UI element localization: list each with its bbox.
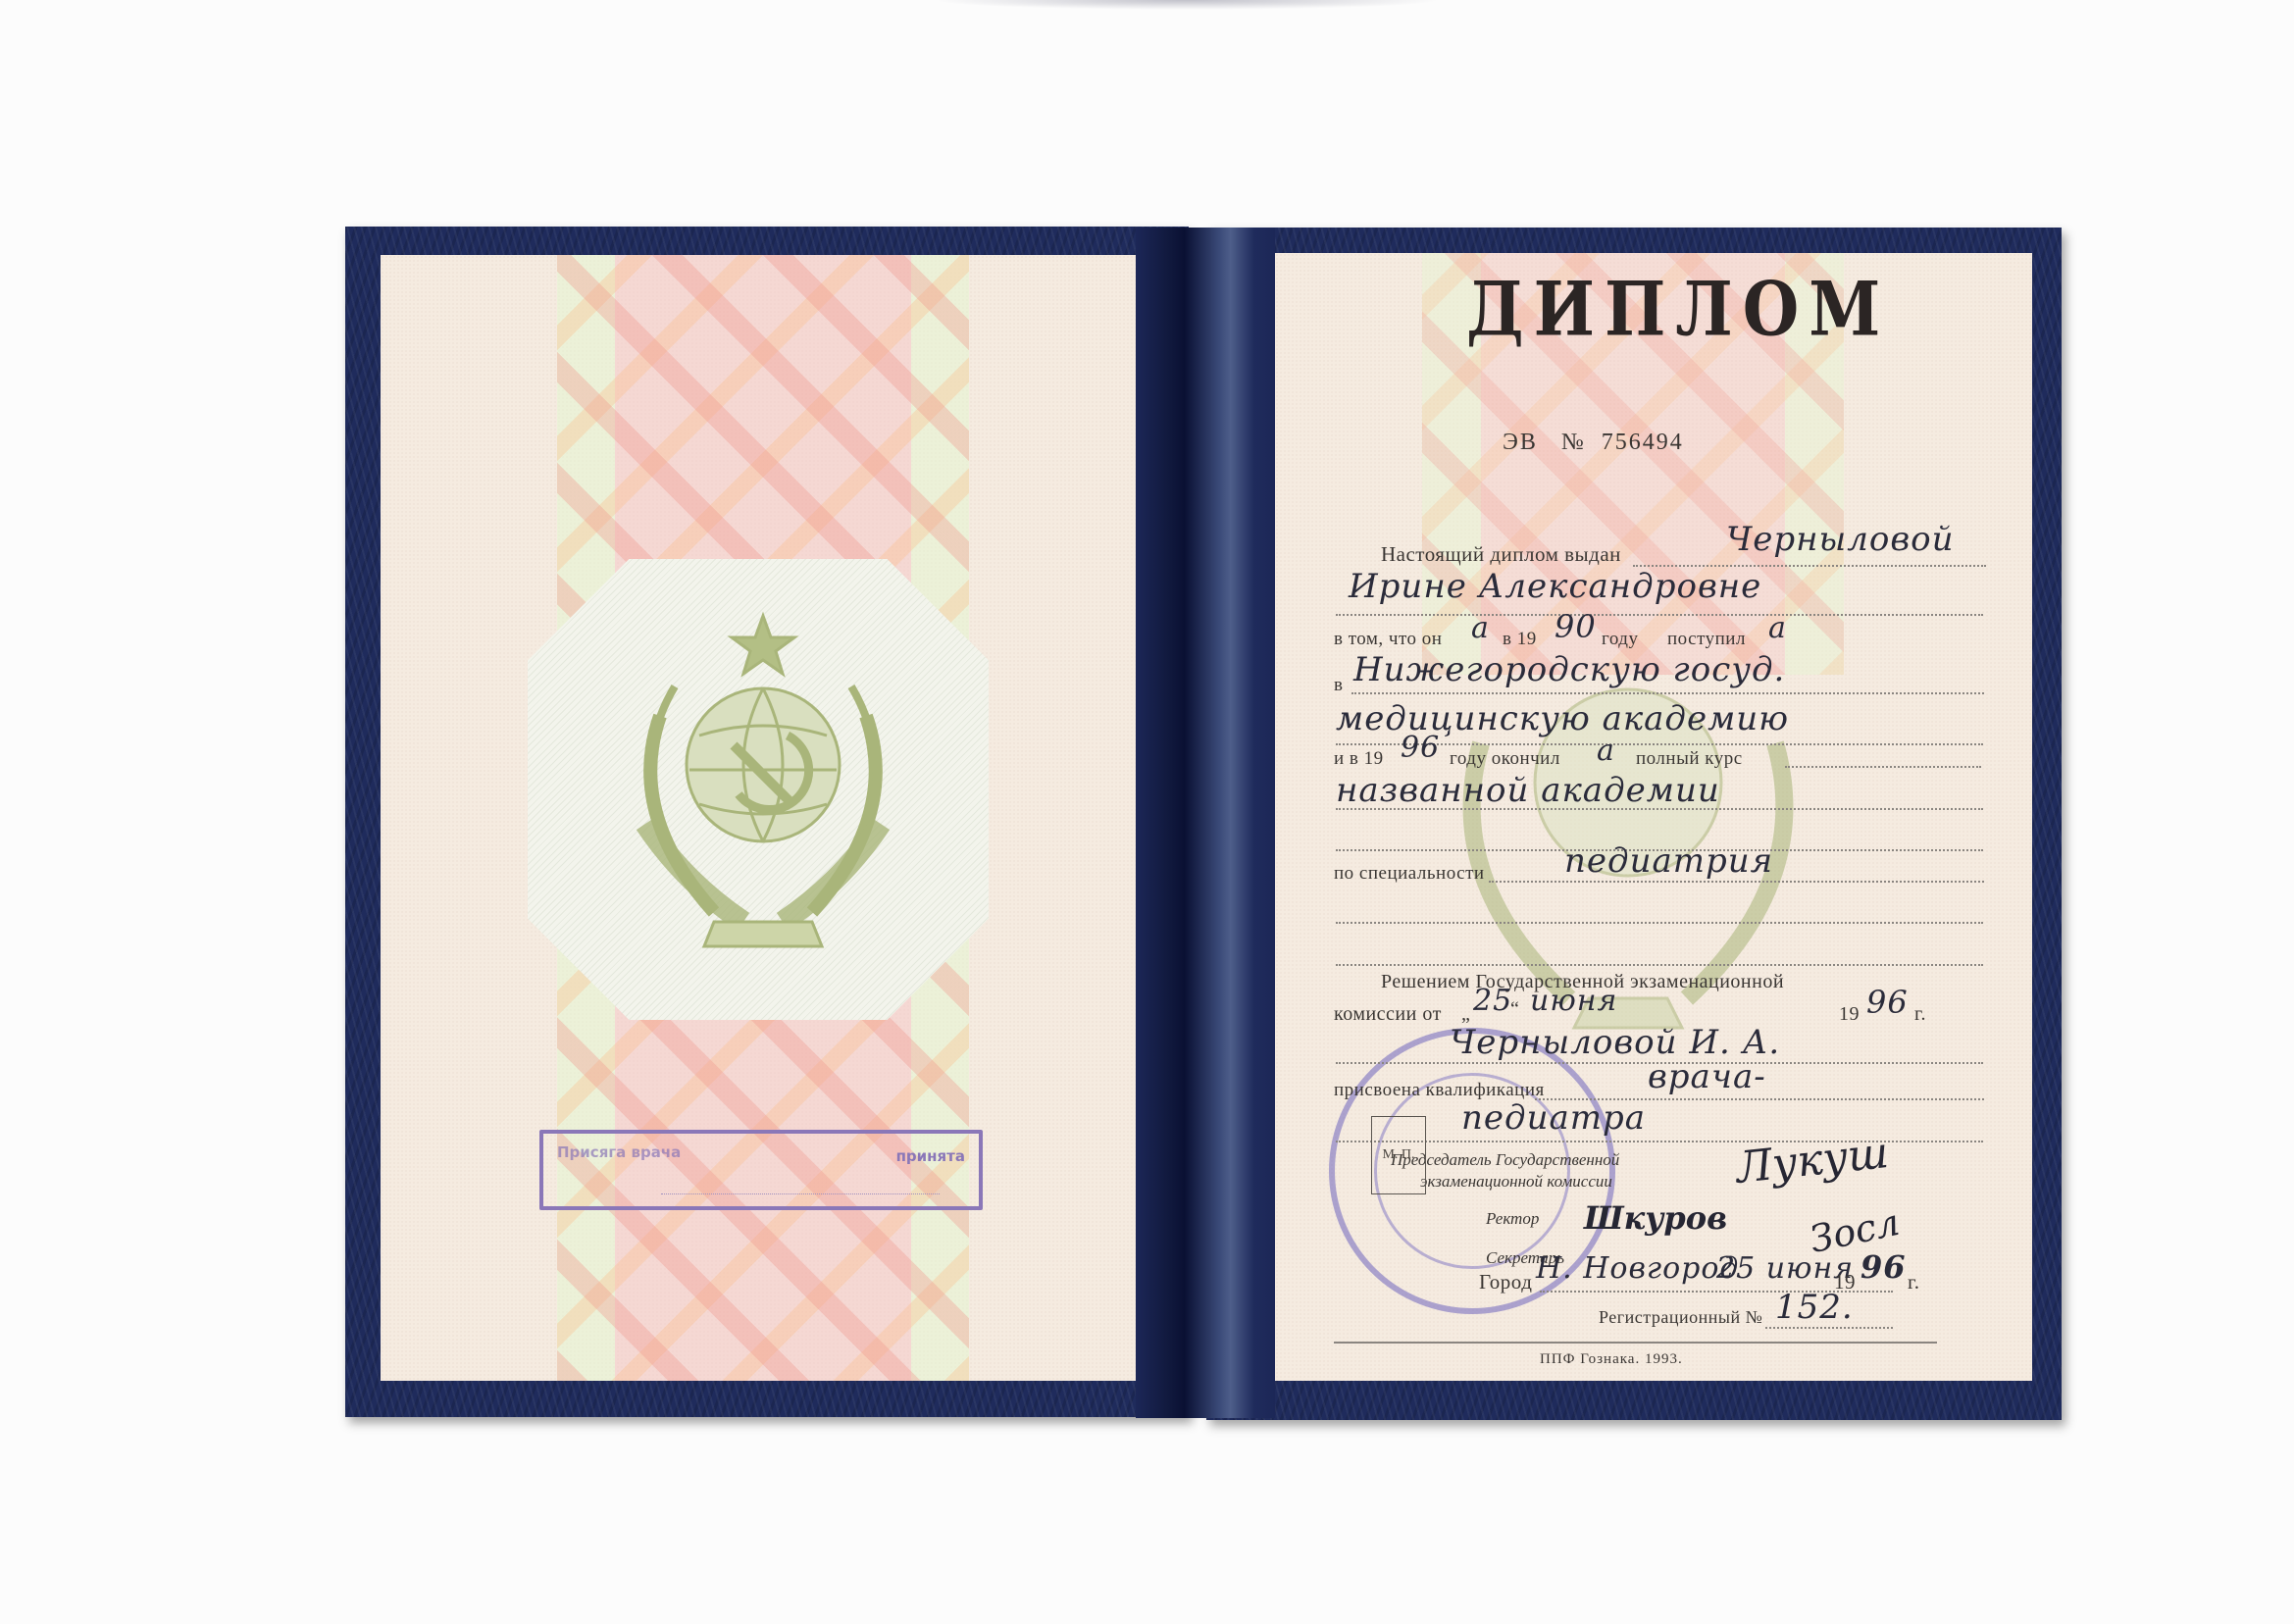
number-sign: № — [1561, 430, 1586, 455]
specialty-label: по специальности — [1334, 863, 1485, 885]
full-course-label: полный курс — [1636, 748, 1743, 770]
dotted-line — [1785, 766, 1981, 768]
commission-day: 25 — [1473, 984, 1512, 1018]
surname: Черныловой — [1726, 520, 1955, 559]
issue-year-suffix: г. — [1908, 1270, 1920, 1294]
suffix-a: а — [1471, 611, 1490, 645]
seal-place-box: М. П. — [1371, 1116, 1426, 1194]
printer-imprint: ППФ Гознака. 1993. — [1540, 1351, 1683, 1368]
commission-month: июня — [1530, 984, 1617, 1018]
dotted-line — [1336, 614, 1983, 616]
specialty: педиатрия — [1564, 841, 1773, 881]
commission-year: 96 — [1866, 984, 1909, 1021]
series: ЭВ — [1503, 430, 1538, 455]
oath-stamp-right-text: принята — [896, 1147, 965, 1165]
diploma-serial: ЭВ № 756494 — [1503, 430, 1684, 456]
year-entered: 90 — [1555, 608, 1597, 645]
rector-label: Ректор — [1486, 1209, 1539, 1229]
commission-year-prefix: 19 — [1839, 1003, 1860, 1026]
name-patronymic: Ирине Александровне — [1349, 567, 1761, 606]
dotted-line — [1336, 922, 1983, 924]
year-suffix: г. — [1914, 1003, 1926, 1026]
registration-number: 152. — [1775, 1288, 1854, 1327]
finished-label: году окончил — [1450, 748, 1560, 770]
ussr-coat-of-arms-icon — [606, 598, 920, 971]
qualification-1: врача- — [1648, 1057, 1766, 1096]
assignee: Черныловой И. А. — [1450, 1023, 1780, 1062]
course-text: названной академии — [1336, 771, 1720, 810]
city-label: Город — [1479, 1270, 1532, 1294]
and-in-label: и в 19 — [1334, 748, 1384, 770]
issued-to-label: Настоящий диплом выдан — [1381, 542, 1621, 567]
suffix-a-3: а — [1597, 734, 1615, 768]
registration-label: Регистрационный № — [1599, 1307, 1762, 1328]
suffix-a-2: а — [1768, 611, 1787, 645]
quote-close: “ — [1510, 998, 1519, 1021]
oath-stamp-dots — [661, 1193, 940, 1194]
diploma-number: 756494 — [1602, 430, 1684, 455]
year-word: году — [1602, 629, 1638, 650]
chairman-signature: Лукуш — [1734, 1128, 1891, 1193]
issue-year: 96 — [1861, 1248, 1907, 1286]
year-finished: 96 — [1401, 731, 1440, 765]
commission-label: комиссии от — [1334, 1003, 1442, 1026]
dotted-line — [1336, 964, 1983, 966]
rector-signature: Шкуров — [1584, 1199, 1727, 1237]
institution-line-1: Нижегородскую госуд. — [1353, 650, 1785, 689]
chairman-label-2: экзаменационной комиссии — [1420, 1172, 1612, 1192]
dotted-line — [1765, 1327, 1893, 1329]
dotted-line — [1489, 881, 1984, 883]
footer-rule — [1334, 1342, 1937, 1344]
right-page: ДИПЛОМ ЭВ № 756494 Настоящий диплом выда… — [1275, 253, 2032, 1381]
scan-shadow — [932, 0, 1442, 10]
dotted-line — [1351, 692, 1984, 694]
entered-label: поступил — [1667, 629, 1746, 650]
v-label: в — [1334, 675, 1343, 696]
oath-stamp: Присяга врача принята — [539, 1130, 983, 1210]
left-page: Присяга врача принята — [381, 255, 1136, 1381]
oath-stamp-left-text: Присяга врача — [557, 1143, 681, 1161]
city-value: Н. Новгород — [1536, 1251, 1739, 1286]
diploma-title: ДИПЛОМ — [1466, 265, 1890, 353]
in-year-label: в 19 — [1503, 629, 1537, 650]
qualification-2: педиатра — [1461, 1098, 1646, 1138]
in-that-label: в том, что он — [1334, 629, 1442, 650]
spine — [1136, 228, 1275, 1418]
